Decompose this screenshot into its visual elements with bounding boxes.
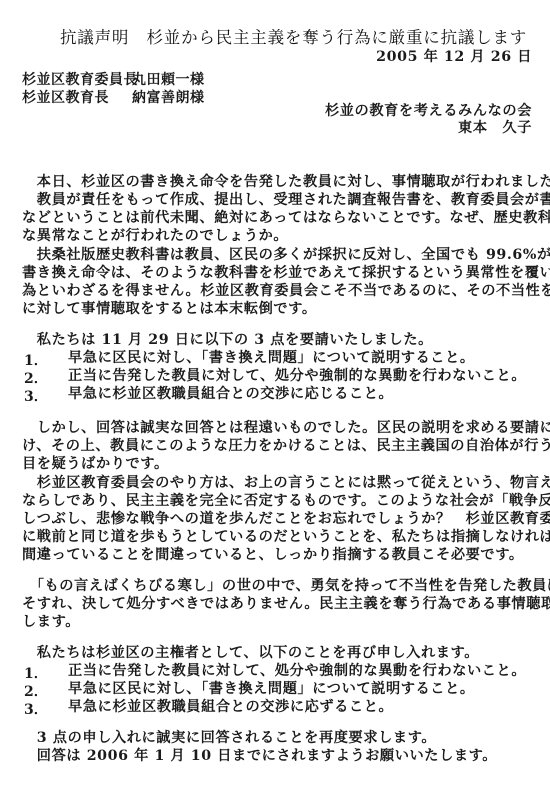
- paragraph-line: に対して事情聴取をするとは本末転倒です。: [22, 301, 317, 317]
- recipient-name: 納富善朗様: [132, 87, 205, 107]
- paragraph-line: します。: [22, 614, 80, 630]
- list-number: 3．: [24, 386, 48, 406]
- document-title: 抗議声明 杉並から民主主義を奪う行為に厳重に抗議します: [60, 24, 527, 48]
- list-item: 正当に告発した教員に対して、処分や強制的な異動を行わないこと。: [68, 368, 526, 384]
- sender-organization: 杉並の教育を考えるみんなの会: [325, 103, 532, 119]
- recipient-name: 丸田頼一様: [132, 69, 205, 89]
- closing-line: 回答は 2006 年 1 月 10 日までにされますようお願いいたします。: [22, 748, 497, 764]
- paragraph-line: 杉並区教育委員会のやり方は、お上の言うことには黙って従えという、物言えぬ社会への…: [22, 475, 550, 491]
- paragraph-line: などということは前代未聞、絶対にあってはならないことです。なぜ、歴史教科書だけ、…: [22, 210, 550, 226]
- list-item: 早急に区民に対し、「書き換え問題」について説明すること。: [68, 350, 475, 366]
- paragraph-line: 扶桑社版歴史教科書は教員、区民の多くが採択に反対し、全国でも 99.6%が不採択…: [22, 247, 550, 263]
- list-item: 早急に杉並区教職員組合との交渉に応じること。: [68, 386, 393, 402]
- document-date: 2005 年 12 月 26 日: [376, 49, 532, 65]
- recipient-title: 杉並区教育長: [22, 87, 109, 107]
- paragraph-line: に戦前と同じ道を歩もうとしているのだということを、私たちは指摘しなければなりませ…: [22, 529, 550, 545]
- paragraph-line: 間違っていることを間違っていると、しっかり指摘する教員こそ必要です。: [22, 547, 524, 563]
- closing-line: 3 点の申し入れに誠実に回答されることを再度要求します。: [22, 730, 436, 746]
- recipient-title: 杉並区教育委員長: [22, 69, 138, 89]
- list-number: 3．: [24, 699, 48, 719]
- paragraph-line: 為といわざるを得ません。杉並区教育委員会こそ不当であるのに、その不当性を告発した…: [22, 283, 550, 299]
- list-item: 早急に区民に対し、「書き換え問題」について説明すること。: [68, 681, 475, 697]
- list-intro: 私たちは杉並区の主権者として、以下のことを再び申し入れます。: [22, 645, 479, 661]
- paragraph-line: しかし、回答は誠実な回答とは程遠いものでした。区民の説明を求める要請に完全に背を…: [22, 420, 550, 436]
- list-number: 2．: [24, 368, 48, 388]
- paragraph-line: 書き換え命令は、そのような教科書を杉並であえて採択するという異常性を覆い隠すため…: [22, 265, 550, 281]
- paragraph-line: そすれ、決して処分すべきではありません。民主主義を奪う行為である事情聴取に厳重に…: [22, 596, 550, 612]
- paragraph-line: 目を疑うばかりです。: [22, 456, 169, 472]
- paragraph-line: 「もの言えばくちびる寒し」の世の中で、勇気を持って不当性を告発した教員は称えられ…: [22, 578, 550, 594]
- paragraph-line: け、その上、教員にこのような圧力をかけることは、民主主義国の自治体が行うことなの…: [22, 438, 550, 454]
- paragraph-line: な異常なことが行われたのでしょうか。: [22, 228, 288, 244]
- paragraph-line: しつぶし、悲惨な戦争への道を歩んだことをお忘れでしょうか？ 杉並区教育委員会は、…: [22, 511, 550, 527]
- list-number: 1．: [24, 663, 48, 683]
- paragraph-line: 教員が責任をもって作成、提出し、受理された調査報告書を、教育委員会が書き換えさせ…: [22, 192, 550, 208]
- list-number: 1．: [24, 350, 48, 370]
- paragraph-line: ならしであり、民主主義を完全に否定するものです。このような社会が「戦争反対」の声…: [22, 493, 550, 509]
- list-number: 2．: [24, 681, 48, 701]
- list-item: 早急に杉並区教職員組合との交渉に応ずること。: [68, 699, 393, 715]
- list-item: 正当に告発した教員に対して、処分や強制的な異動を行わないこと。: [68, 663, 526, 679]
- list-intro: 私たちは 11 月 29 日に以下の 3 点を要請いたしました。: [22, 332, 433, 348]
- paragraph-line: 本日、杉並区の書き換え命令を告発した教員に対し、事情聴取が行われました。: [22, 174, 550, 190]
- sender-name: 東本 久子: [458, 120, 532, 136]
